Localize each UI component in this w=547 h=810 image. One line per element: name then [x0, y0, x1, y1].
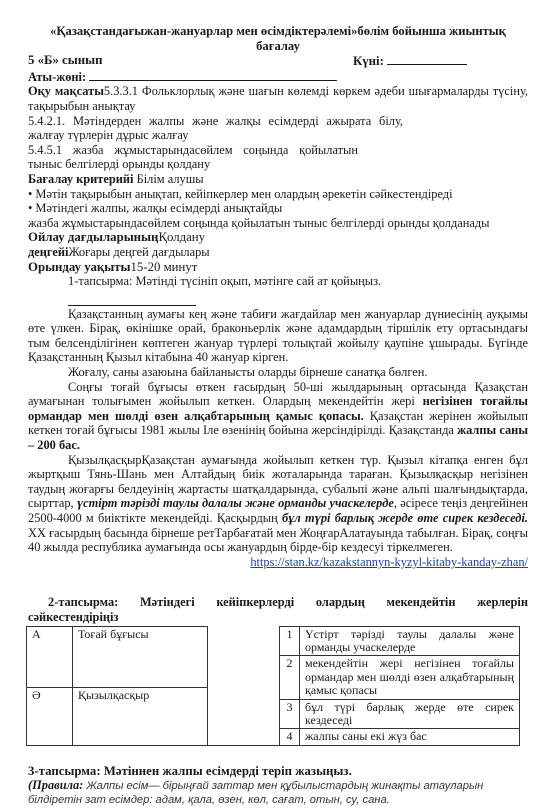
thinking-skills-label: Ойлау дағдыларының — [28, 230, 158, 244]
habitat-num-2: 2 — [280, 656, 300, 699]
level-value: Жоғары деңгей дағдылары — [68, 245, 209, 259]
name-row: Аты-жөні: — [28, 69, 528, 85]
date-field: Күні: — [353, 53, 467, 69]
criteria-item-3: жазба жұмыстарындасөйлем соңында қойылат… — [28, 216, 528, 231]
p4-bold-habitat: үстірт тәрізді таулы далалы және орманды… — [77, 496, 394, 510]
thinking-skills-row-2: деңгейіЖоғары деңгей дағдылары — [28, 245, 528, 260]
task1-instruction: 1-тапсырма: Мәтінді түсініп оқып, мәтінг… — [28, 274, 528, 289]
char-letter-b: Ә — [27, 687, 73, 745]
thinking-skills-row-1: Ойлау дағдыларыныңҚолдану — [28, 230, 528, 245]
char-name-b: Қызылқасқыр — [73, 687, 208, 745]
document-title: «Қазақстандағыжан-жануарлар мен өсімдікт… — [28, 24, 528, 53]
p4-bold-rarity: бұл түрі барлық жерде өте сирек кездесед… — [282, 511, 528, 525]
class-label: 5 «Б» сынып — [28, 53, 353, 69]
habitat-text-1: Үстірт тәрізді таулы далалы және орманды… — [300, 626, 520, 656]
objective-text-1: 5.3.3.1 Фольклорлық және шағын көлемді к… — [28, 84, 528, 113]
habitat-num-3: 3 — [280, 699, 300, 729]
text-paragraph-1: Қазақстанның аумағы кең және табиғи жағд… — [28, 307, 528, 365]
matching-table: А Тоғай бұғысы 1 Үстірт тәрізді таулы да… — [26, 626, 520, 746]
criteria-item-1: • Мәтін тақырыбын анықтап, кейіпкерлер м… — [28, 187, 528, 202]
text-paragraph-3: Соңғы тоғай бұғысы өткен ғасырдың 50-ші … — [28, 380, 528, 453]
habitat-text-2: мекендейтін жері негізінен тоғайлы орман… — [300, 656, 520, 699]
answer-column[interactable] — [208, 626, 280, 729]
p4-text-e: XX ғасырдың басында бірнеше ретТарбағата… — [28, 526, 528, 555]
class-date-row: 5 «Б» сынып Күні: — [28, 53, 528, 69]
habitat-text-3: бұл түрі барлық жерде өте сирек кездесед… — [300, 699, 520, 729]
objective-1: Оқу мақсаты5.3.3.1 Фольклорлық және шағы… — [28, 84, 528, 113]
objectives-label: Оқу мақсаты — [28, 84, 104, 98]
criteria-row: Бағалау критерийі Білім алушы — [28, 172, 528, 187]
duration-row: Орындау уақыты15-20 минут — [28, 260, 528, 275]
source-link[interactable]: https://stan.kz/kazakstannyn-kyzyl-kitab… — [28, 555, 528, 570]
objective-3: 5.4.5.1 жазба жұмыстарындасөйлем соңында… — [28, 143, 358, 172]
char-letter-a: А — [27, 626, 73, 687]
date-label: Күні: — [353, 54, 384, 68]
task1-title-blank[interactable] — [68, 289, 196, 306]
task3-instruction: 3-тапсырма: Мәтіннен жалпы есімдерді тер… — [28, 764, 528, 779]
criteria-item-2: • Мәтіндегі жалпы, жалқы есімдерді анықт… — [28, 201, 528, 216]
habitat-text-4: жалпы саны екі жүз бас — [300, 729, 520, 745]
name-label: Аты-жөні: — [28, 70, 86, 84]
text-paragraph-2: Жоғалу, саны азаюына байланысты оларды б… — [28, 365, 528, 380]
rule-text: Жалпы есім— бірыңғай заттар мен құбылыст… — [28, 780, 483, 806]
objective-2: 5.4.2.1. Мәтіндерден жалпы және жалқы ес… — [28, 114, 403, 143]
name-blank[interactable] — [89, 69, 337, 81]
criteria-label: Бағалау критерийі — [28, 172, 134, 186]
task3-rule: (Правила: Жалпы есім— бірыңғай заттар ме… — [28, 778, 528, 807]
answer-column-bottom — [208, 729, 280, 745]
rule-label: (Правила: — [28, 778, 83, 792]
habitat-num-4: 4 — [280, 729, 300, 745]
level-label: деңгейі — [28, 245, 68, 259]
thinking-skills-value: Қолдану — [158, 230, 205, 244]
date-blank[interactable] — [387, 53, 467, 65]
task1-title-row — [28, 289, 528, 307]
text-paragraph-4: ҚызылқасқырҚазақстан аумағында жойылып к… — [28, 453, 528, 555]
char-name-a: Тоғай бұғысы — [73, 626, 208, 687]
habitat-num-1: 1 — [280, 626, 300, 656]
task2-instruction: 2-тапсырма: Мәтіндегі кейіпкерлерді олар… — [28, 595, 528, 624]
assessment-document: «Қазақстандағыжан-жануарлар мен өсімдікт… — [28, 24, 528, 807]
table-row: А Тоғай бұғысы 1 Үстірт тәрізді таулы да… — [27, 626, 520, 656]
criteria-intro: Білім алушы — [137, 172, 204, 186]
duration-label: Орындау уақыты — [28, 260, 131, 274]
duration-value: 15-20 минут — [131, 260, 198, 274]
